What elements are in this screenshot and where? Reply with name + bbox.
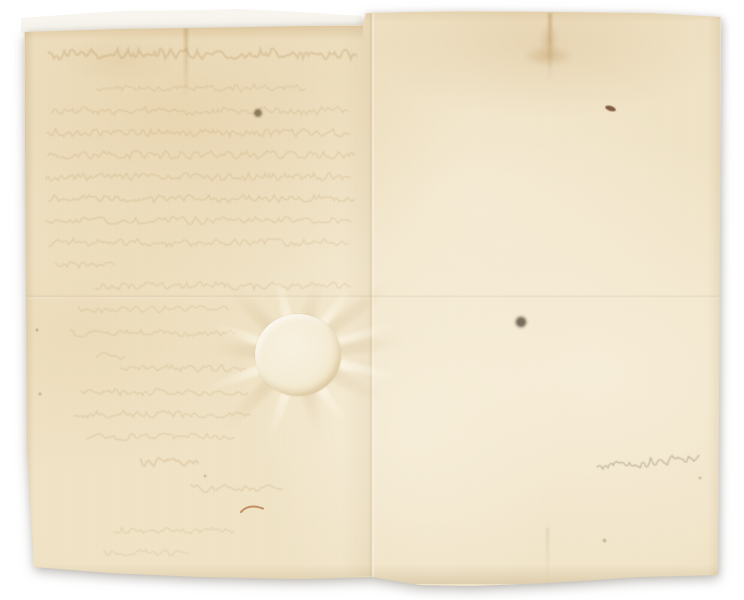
ghost-handwriting-line <box>72 409 250 419</box>
smudge-top-center <box>522 45 574 67</box>
seal-crease-shadow <box>220 277 303 360</box>
seal-crease-highlight <box>297 351 408 383</box>
edge-shading-left <box>25 30 34 570</box>
ghost-handwriting-line <box>186 482 282 494</box>
edge-shading-bottom <box>28 564 720 584</box>
freckle-4 <box>602 538 607 543</box>
ghost-handwriting-line <box>78 304 228 314</box>
stain-streak-top-center <box>548 13 552 83</box>
edge-shading-right <box>708 16 720 578</box>
vertical-fold <box>369 13 375 577</box>
ghost-handwriting-line <box>112 526 234 535</box>
russet-mark <box>241 505 263 514</box>
ghost-handwriting-line <box>95 351 125 360</box>
seal-crease-highlight <box>297 317 404 360</box>
seal-crease-highlight <box>204 317 299 359</box>
ghost-handwriting-line <box>76 387 248 397</box>
ghost-handwriting-line <box>46 193 354 204</box>
ghost-handwriting-line <box>95 280 350 291</box>
ghost-handwriting-line <box>46 237 348 248</box>
photograph-white-background <box>0 0 744 600</box>
ghost-handwriting-line <box>46 215 350 226</box>
ghost-handwriting-line <box>46 171 350 182</box>
stains-and-marks-layer <box>0 0 744 600</box>
ghost-handwriting-line <box>46 127 350 138</box>
seal-crease-highlight <box>294 352 354 433</box>
freckle-3 <box>203 474 207 478</box>
seal-crease-shadow <box>292 270 327 356</box>
seal-crease-shadow <box>292 353 327 441</box>
crease-bottom-center <box>546 528 549 582</box>
seal-crease-shadow <box>202 340 299 361</box>
stain-streak-top-left <box>184 28 188 100</box>
ghost-handwriting-line <box>46 46 356 62</box>
ghost-handwriting-line <box>100 548 188 557</box>
edge-shading-top-right <box>366 12 720 22</box>
seal-crease-highlight <box>264 354 302 447</box>
dark-spot-left-leaf <box>252 107 264 119</box>
ghost-handwriting-line <box>140 456 198 468</box>
pencil-inscription <box>597 451 702 472</box>
fold-shading <box>342 14 372 576</box>
ghost-handwriting-line <box>52 259 114 269</box>
freckle-1 <box>35 328 39 332</box>
freckle-5 <box>698 476 702 480</box>
seal-crease-shadow <box>295 349 389 407</box>
fold-crease-layer <box>0 0 744 600</box>
seal-crease-highlight <box>199 351 300 395</box>
parchment-verso <box>0 0 744 600</box>
embossed-seal-layer <box>0 0 744 600</box>
smudge-upper-left <box>60 35 180 85</box>
seal-crease-shadow <box>297 332 416 361</box>
document-sheet-wrap <box>0 0 744 600</box>
seal-crease-highlight <box>294 277 360 357</box>
ink-blot-right-leaf <box>513 314 529 330</box>
ink-fleck-top-right <box>604 104 616 112</box>
edge-shading-top-left <box>25 26 363 40</box>
embossed-paper-seal <box>255 314 341 396</box>
horizontal-fold <box>26 295 719 299</box>
ghost-handwriting-line <box>86 432 234 442</box>
smudge-top-center-2 <box>539 22 559 58</box>
ghost-handwriting-line <box>118 363 245 373</box>
freckle-2 <box>38 392 42 396</box>
seal-crease-shadow <box>214 350 302 438</box>
seal-crease-shadow <box>294 273 401 360</box>
ghost-handwriting-line <box>70 328 235 338</box>
ghost-handwriting-line <box>46 149 354 160</box>
ghost-handwriting-line <box>95 83 305 93</box>
bleed-through-handwriting-layer <box>0 0 744 600</box>
ghost-handwriting-line <box>48 105 348 116</box>
seal-crease-highlight <box>270 267 302 356</box>
